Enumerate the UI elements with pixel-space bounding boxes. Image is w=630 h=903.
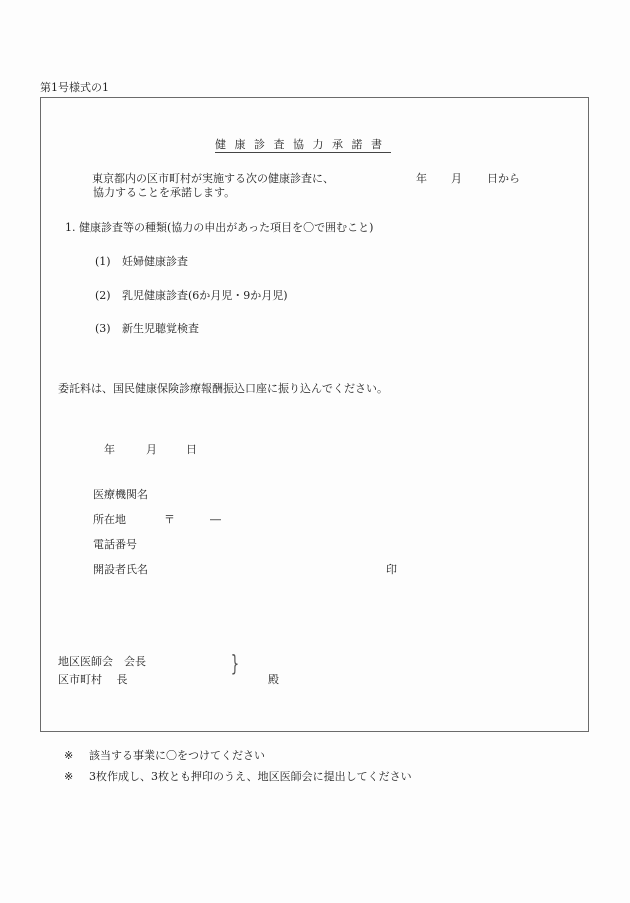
item-1-label: 妊婦健康診査 bbox=[122, 256, 188, 267]
intro-line-1: 東京都内の区市町村が実施する次の健康診査に、 bbox=[92, 173, 334, 184]
phone-label: 電話番号 bbox=[93, 539, 137, 550]
intro-month-label: 月 bbox=[451, 173, 462, 184]
addressee-medical-association: 地区医師会 会長 bbox=[58, 656, 146, 667]
seal-mark: 印 bbox=[386, 564, 397, 575]
item-2-number: (2) bbox=[95, 290, 111, 301]
item-3-label: 新生児聴覚検査 bbox=[122, 323, 199, 334]
payment-note: 委託料は、国民健康保険診療報酬振込口座に振り込んでください。 bbox=[58, 383, 388, 394]
date-day-label: 日 bbox=[186, 444, 197, 455]
footnote-2-text: 3枚作成し、3枚とも押印のうえ、地区医師会に提出してください bbox=[89, 771, 412, 782]
item-3-number: (3) bbox=[95, 323, 111, 334]
form-number: 第1号様式の1 bbox=[40, 82, 109, 93]
founder-name-label: 開設者氏名 bbox=[93, 564, 148, 575]
section-1-heading: 1. 健康診査等の種類(協力の申出があった項目を〇で囲むこと) bbox=[65, 222, 373, 233]
address-label: 所在地 bbox=[93, 514, 126, 525]
footnote-1-mark: ※ bbox=[64, 750, 73, 761]
document-title: 健康診査協力承諾書 bbox=[215, 139, 391, 153]
date-month-label: 月 bbox=[146, 444, 157, 455]
footnote-1-text: 該当する事業に〇をつけてください bbox=[89, 750, 265, 761]
intro-day-label: 日から bbox=[487, 173, 520, 184]
intro-year-label: 年 bbox=[416, 173, 427, 184]
footnote-2-mark: ※ bbox=[64, 771, 73, 782]
honorific: 殿 bbox=[268, 674, 279, 685]
item-1-number: (1) bbox=[95, 256, 111, 267]
postal-mark: 〒 bbox=[164, 514, 175, 525]
postal-dash: ― bbox=[210, 514, 221, 525]
institution-name-label: 医療機関名 bbox=[93, 489, 148, 500]
item-2-label: 乳児健康診査(6か月児・9か月児) bbox=[122, 290, 288, 301]
brace-icon: } bbox=[231, 654, 239, 676]
date-year-label: 年 bbox=[104, 444, 115, 455]
addressee-municipality: 区市町村 長 bbox=[58, 674, 128, 685]
intro-line-2: 協力することを承諾します。 bbox=[93, 187, 235, 198]
